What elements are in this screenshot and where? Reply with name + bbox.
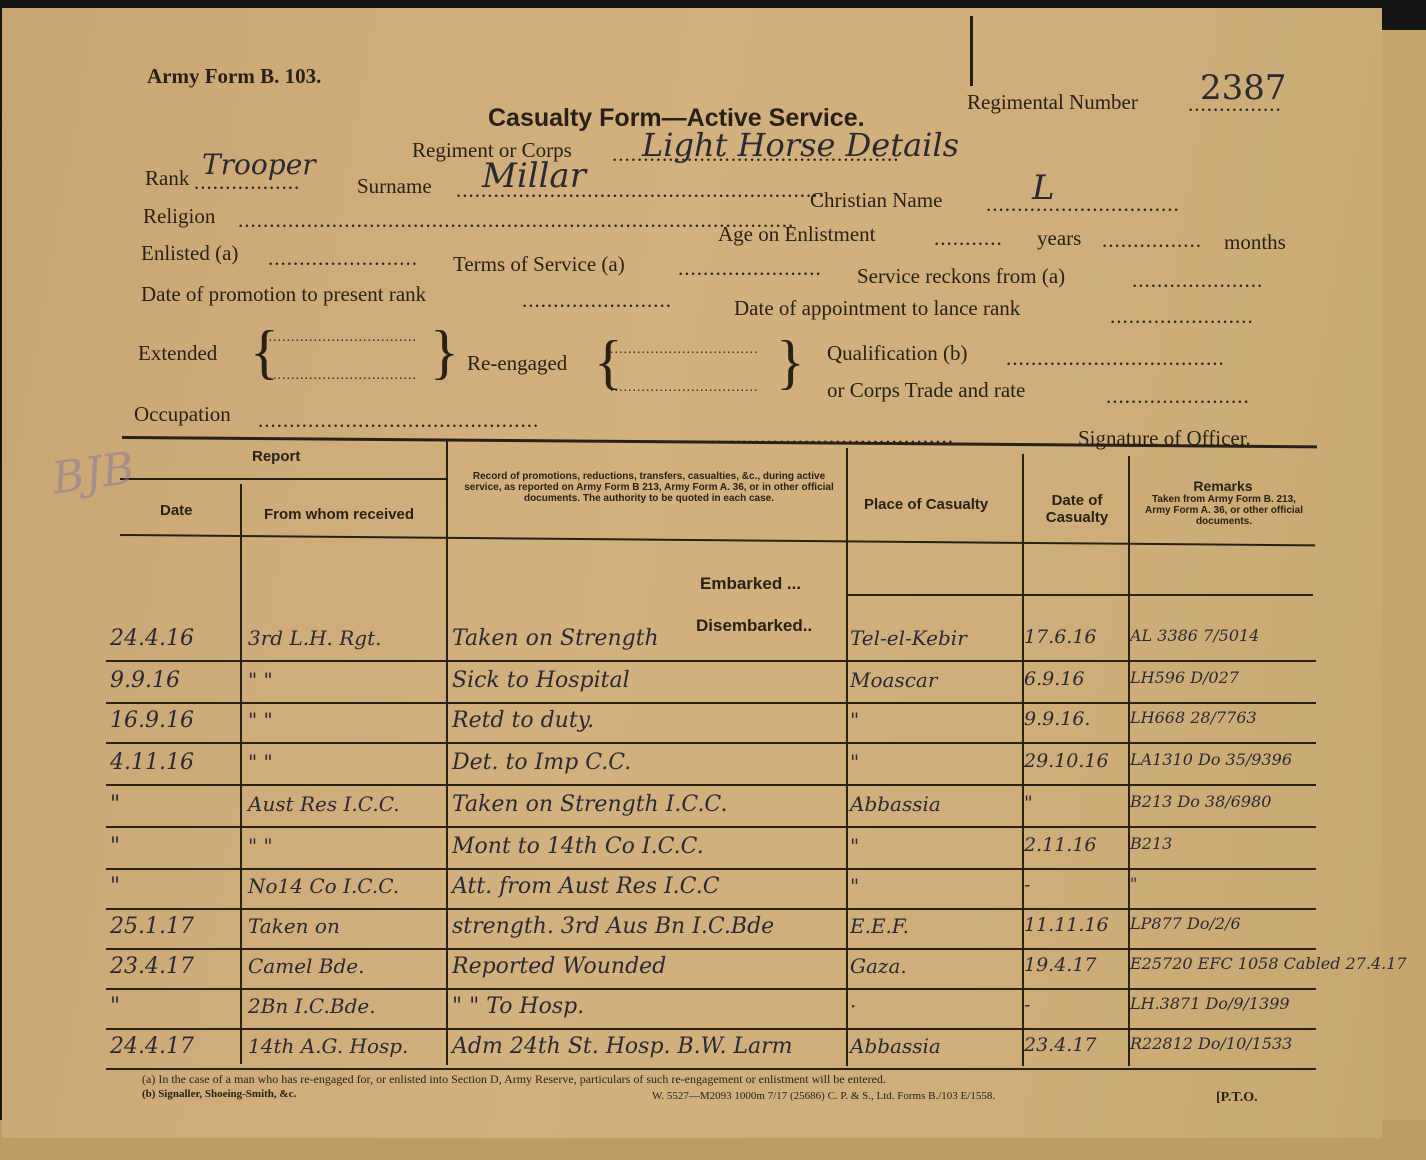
row-place: ": [850, 708, 859, 732]
row-record: Taken on Strength: [452, 626, 659, 651]
col-from-header: From whom received: [264, 506, 414, 523]
dotted-leader: ........................: [268, 246, 418, 271]
row-date-casualty: 9.9.16.: [1024, 708, 1090, 730]
surname-label: Surname: [357, 174, 432, 199]
col-date-casualty-header: Date of Casualty: [1032, 492, 1122, 526]
row-place: E.E.F.: [850, 914, 909, 938]
dotted-leader: .......................: [678, 256, 822, 281]
row-from-whom: " ": [248, 834, 273, 858]
row-rule: [106, 1028, 1316, 1030]
row-place: Abbassia: [850, 792, 941, 816]
row-place: Tel-el-Kebir: [850, 626, 967, 650]
row-from-whom: Aust Res I.C.C.: [248, 792, 400, 816]
row-remarks: LH668 28/7763: [1130, 708, 1257, 727]
row-date-casualty: 11.11.16: [1024, 914, 1109, 936]
row-date-casualty: 6.9.16: [1024, 668, 1084, 690]
row-rule: [106, 660, 1316, 662]
row-remarks: B213: [1130, 834, 1172, 853]
row-remarks: B213 Do 38/6980: [1130, 792, 1271, 811]
row-date: 25.1.17: [110, 914, 194, 939]
dotted-leader: ........................................…: [654, 424, 954, 449]
dotted-leader: ................: [1102, 228, 1202, 253]
rule: [848, 594, 1313, 596]
row-from-whom: 14th A.G. Hosp.: [248, 1034, 408, 1058]
dotted-leader: .................................: [610, 342, 759, 358]
row-remarks: R22812 Do/10/1533: [1130, 1034, 1292, 1053]
dotted-leader: ..................................: [264, 368, 417, 384]
col-divider: [240, 484, 242, 1064]
footnote-b: (b) Signaller, Shoeing-Smith, &c.: [142, 1088, 296, 1100]
occupation-label: Occupation: [134, 402, 231, 427]
row-remarks: LP877 Do/2/6: [1130, 914, 1241, 933]
extended-label: Extended: [138, 341, 217, 366]
dotted-leader: .................................: [610, 380, 759, 396]
row-date: 16.9.16: [110, 708, 194, 733]
brace-right: }: [776, 328, 805, 397]
row-remarks: LH596 D/027: [1130, 668, 1239, 687]
months-label: months: [1224, 230, 1286, 255]
row-date-casualty: 23.4.17: [1024, 1034, 1097, 1056]
row-rule: [106, 784, 1316, 786]
dotted-leader: .....................: [1132, 268, 1263, 293]
rule: [120, 534, 1315, 546]
row-date-casualty: 19.4.17: [1024, 954, 1097, 976]
years-label: years: [1037, 226, 1081, 251]
row-rule: [106, 948, 1316, 950]
report-header: Report: [252, 448, 300, 465]
row-place: Gaza.: [850, 954, 907, 978]
disembarked-label: Disembarked..: [696, 616, 812, 636]
row-remarks: AL 3386 7/5014: [1130, 626, 1259, 645]
dotted-leader: ........................................…: [238, 208, 794, 233]
col-divider: [446, 440, 448, 1065]
lance-rank-label: Date of appointment to lance rank: [734, 296, 1020, 321]
row-from-whom: Taken on: [248, 914, 340, 938]
dotted-leader: ...........: [934, 226, 1003, 251]
pto-label: [P.T.O.: [1216, 1090, 1258, 1106]
row-place: ·: [850, 994, 856, 1018]
rank-value: Trooper: [202, 148, 316, 181]
row-from-whom: " ": [248, 750, 273, 774]
dotted-leader: ...................................: [1006, 346, 1225, 371]
row-from-whom: " ": [248, 668, 273, 692]
row-from-whom: Camel Bde.: [248, 954, 364, 978]
row-record: Reported Wounded: [452, 954, 666, 979]
fold-mark: [970, 16, 973, 86]
qualification-label: Qualification (b): [827, 341, 968, 366]
row-date-casualty: -: [1024, 874, 1030, 896]
dotted-leader: ..................................: [264, 330, 417, 346]
row-date: 9.9.16: [110, 668, 180, 693]
row-date-casualty: ": [1024, 792, 1033, 814]
row-date-casualty: 2.11.16: [1024, 834, 1097, 856]
row-place: ": [850, 750, 859, 774]
trade-label: or Corps Trade and rate: [827, 378, 1025, 403]
christian-name-label: Christian Name: [810, 188, 942, 213]
dotted-leader: .......................: [1106, 384, 1250, 409]
row-rule: [106, 702, 1316, 704]
col-remarks-sub: Taken from Army Form B. 213, Army Form A…: [1140, 494, 1308, 527]
reengaged-label: Re-engaged: [467, 351, 567, 376]
row-place: Moascar: [850, 668, 937, 692]
surname-value: Millar: [482, 156, 586, 196]
row-date: 23.4.17: [110, 954, 194, 979]
regimental-number-label: Regimental Number: [967, 90, 1138, 115]
rule: [120, 478, 446, 480]
row-date-casualty: 29.10.16: [1024, 750, 1109, 772]
row-rule: [106, 1068, 1316, 1070]
dotted-leader: ........................: [522, 288, 672, 313]
row-place: ": [850, 874, 859, 898]
row-record: Taken on Strength I.C.C.: [452, 792, 727, 817]
brace-right: }: [430, 318, 459, 387]
row-date: 24.4.16: [110, 626, 194, 651]
row-place: Abbassia: [850, 1034, 941, 1058]
row-remarks: E25720 EFC 1058 Cabled 27.4.17: [1130, 954, 1407, 973]
col-date-header: Date: [160, 502, 193, 519]
row-rule: [106, 868, 1316, 870]
row-record: Det. to Imp C.C.: [452, 750, 631, 775]
service-reckons-label: Service reckons from (a): [857, 264, 1065, 289]
row-record: Adm 24th St. Hosp. B.W. Larm: [452, 1034, 793, 1059]
dotted-leader: ...............................: [986, 192, 1180, 217]
row-record: Mont to 14th Co I.C.C.: [452, 834, 704, 859]
regimental-number-value: 2387: [1200, 68, 1287, 108]
col-record-header: Record of promotions, reductions, transf…: [464, 471, 834, 504]
row-rule: [106, 742, 1316, 744]
row-rule: [106, 826, 1316, 828]
row-date-casualty: -: [1024, 994, 1030, 1016]
row-record: Sick to Hospital: [452, 668, 630, 693]
row-date: 24.4.17: [110, 1034, 194, 1059]
row-rule: [106, 988, 1316, 990]
row-from-whom: 2Bn I.C.Bde.: [248, 994, 376, 1018]
footnote-a: (a) In the case of a man who has re-enga…: [142, 1072, 886, 1087]
col-remarks-header: Remarks: [1138, 478, 1308, 494]
row-from-whom: No14 Co I.C.C.: [248, 874, 399, 898]
row-date: ": [110, 834, 120, 859]
row-remarks: LH.3871 Do/9/1399: [1130, 994, 1290, 1013]
row-date: 4.11.16: [110, 750, 194, 775]
row-from-whom: " ": [248, 708, 273, 732]
religion-label: Religion: [143, 204, 215, 229]
christian-name-value: L: [1032, 168, 1055, 208]
row-record: " " To Hosp.: [452, 994, 584, 1019]
row-remarks: ": [1130, 874, 1137, 893]
dotted-leader: .......................: [1110, 304, 1254, 329]
dotted-leader: ........................................…: [258, 408, 539, 433]
printer-line: W. 5527—M2093 1000m 7/17 (25686) C. P. &…: [652, 1090, 995, 1102]
row-record: Att. from Aust Res I.C.C: [452, 874, 720, 899]
row-date: ": [110, 792, 120, 817]
promotion-label: Date of promotion to present rank: [141, 282, 426, 307]
margin-annotation: BJB: [49, 443, 138, 505]
col-place-header: Place of Casualty: [864, 496, 988, 513]
row-date: ": [110, 874, 120, 899]
age-label: Age on Enlistment: [718, 222, 875, 247]
regiment-value: Light Horse Details: [642, 126, 959, 164]
row-date: ": [110, 994, 120, 1019]
form-id: Army Form B. 103.: [147, 64, 321, 89]
embarked-label: Embarked ...: [700, 574, 801, 594]
row-rule: [106, 908, 1316, 910]
row-record: Retd to duty.: [452, 708, 594, 733]
terms-label: Terms of Service (a): [453, 252, 625, 277]
row-place: ": [850, 834, 859, 858]
row-remarks: LA1310 Do 35/9396: [1130, 750, 1292, 769]
row-date-casualty: 17.6.16: [1024, 626, 1097, 648]
row-from-whom: 3rd L.H. Rgt.: [248, 626, 382, 650]
rank-label: Rank: [145, 166, 189, 191]
enlisted-label: Enlisted (a): [141, 241, 238, 266]
row-record: strength. 3rd Aus Bn I.C.Bde: [452, 914, 774, 939]
casualty-form: Army Form B. 103. Casualty Form—Active S…: [2, 8, 1382, 1138]
